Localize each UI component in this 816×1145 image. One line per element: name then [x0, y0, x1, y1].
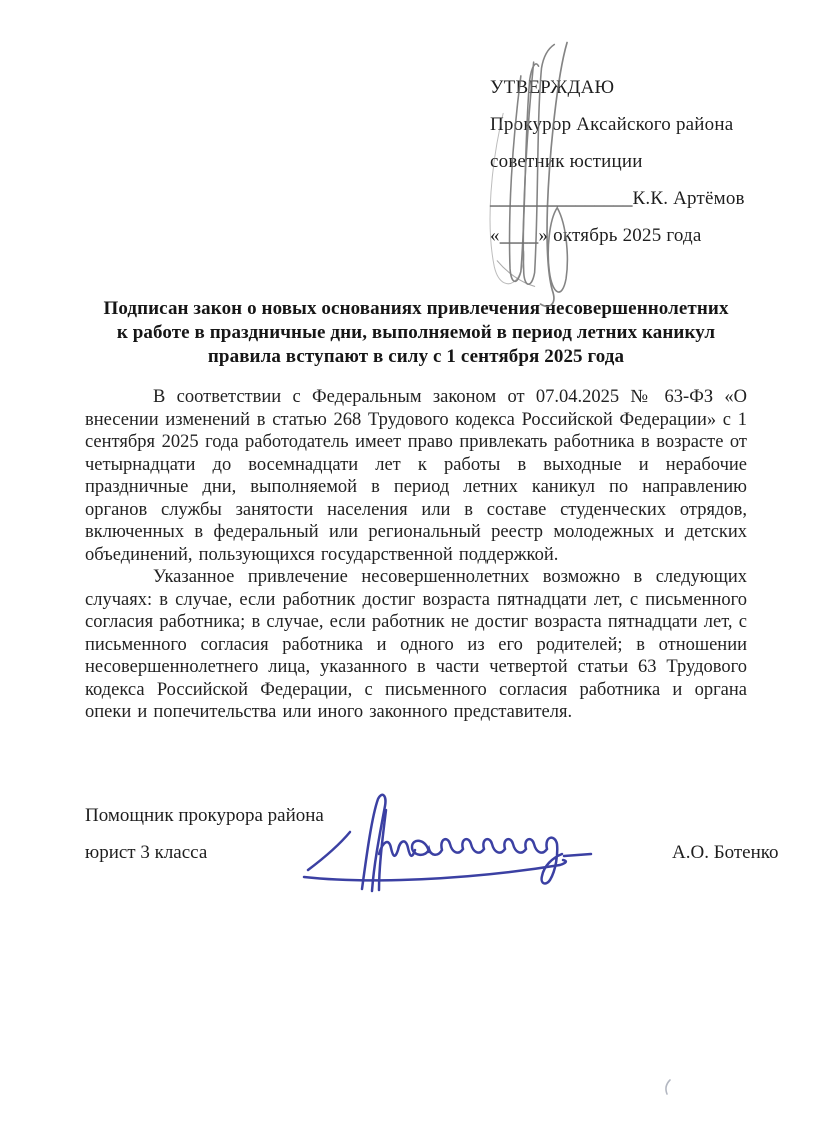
title-line-3: правила вступают в силу с 1 сентября 202… — [85, 345, 747, 369]
approval-block: УТВЕРЖДАЮ Прокурор Аксайского района сов… — [490, 78, 790, 263]
approval-date-line: «____» октябрь 2025 года — [490, 226, 790, 246]
title-line-2: к работе в праздничные дни, выполняемой … — [85, 321, 747, 345]
approver-signature-line: _______________К.К. Артёмов — [490, 189, 790, 209]
signoff-name: А.О. Ботенко — [672, 842, 779, 864]
signature-blank-line: _______________ — [490, 188, 633, 209]
approver-rank: советник юстиции — [490, 152, 790, 172]
body-paragraph-1: В соответствии с Федеральным законом от … — [85, 386, 747, 566]
body-paragraph-2: Указанное привлечение несовершеннолетних… — [85, 566, 747, 724]
scan-artifact-mark — [662, 1078, 674, 1096]
signoff-position-line-1: Помощник прокурора района — [85, 805, 324, 827]
signoff-signature-icon — [298, 792, 598, 897]
approver-position: Прокурор Аксайского района — [490, 115, 790, 135]
approval-word: УТВЕРЖДАЮ — [490, 78, 790, 98]
document-body: В соответствии с Федеральным законом от … — [85, 386, 747, 724]
approver-name: К.К. Артёмов — [633, 188, 745, 209]
signoff-position-line-2: юрист 3 класса — [85, 842, 207, 864]
scanned-document-page: УТВЕРЖДАЮ Прокурор Аксайского района сов… — [0, 0, 816, 1145]
document-title: Подписан закон о новых основаниях привле… — [85, 297, 747, 369]
title-line-1: Подписан закон о новых основаниях привле… — [85, 297, 747, 321]
